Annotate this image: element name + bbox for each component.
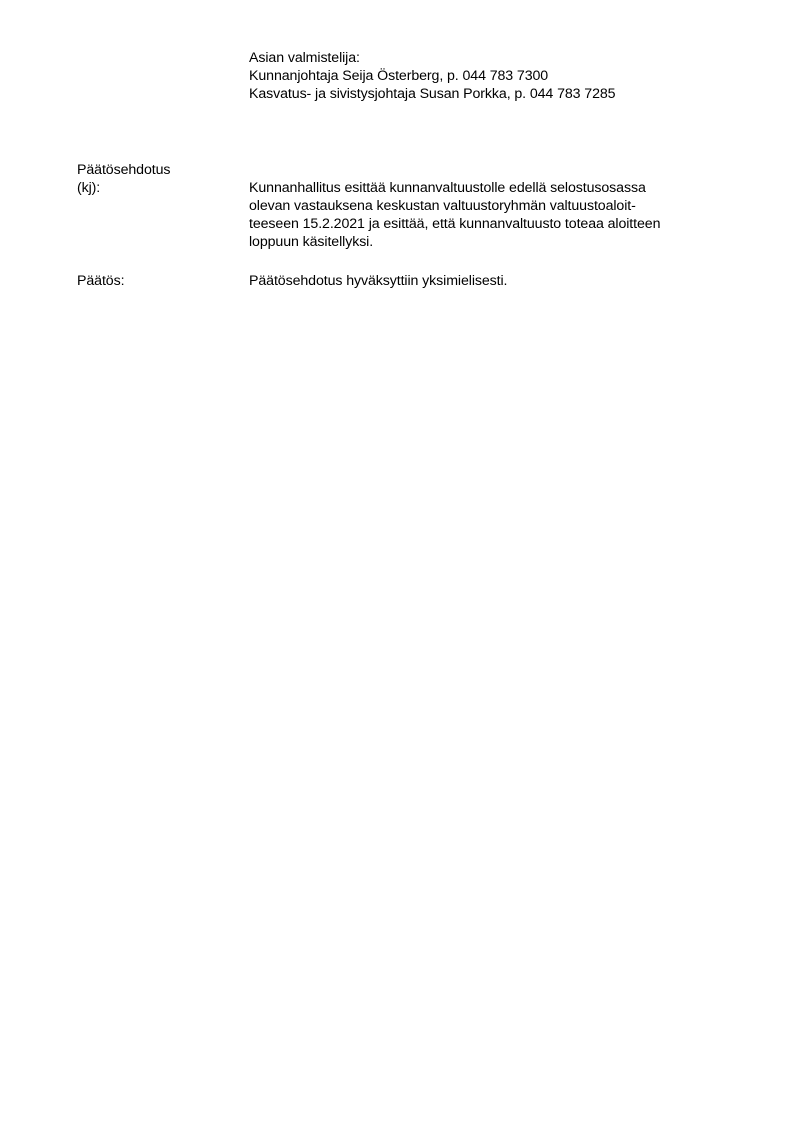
preparer-block: Asian valmistelija: Kunnanjohtaja Seija … — [249, 49, 615, 103]
decision-label: Päätös: — [77, 272, 124, 290]
proposal-label: Päätösehdotus (kj): — [77, 161, 170, 197]
proposal-text-line: loppuun käsitellyksi. — [249, 233, 660, 251]
proposal-text-line: teeseen 15.2.2021 ja esittää, että kunna… — [249, 215, 660, 233]
document-page: Asian valmistelija: Kunnanjohtaja Seija … — [0, 0, 794, 1122]
proposal-label-line: Päätösehdotus — [77, 161, 170, 179]
preparer-heading: Asian valmistelija: — [249, 49, 615, 67]
preparer-line: Kasvatus- ja sivistysjohtaja Susan Porkk… — [249, 85, 615, 103]
preparer-line: Kunnanjohtaja Seija Österberg, p. 044 78… — [249, 67, 615, 85]
proposal-text-line: Kunnanhallitus esittää kunnanvaltuustoll… — [249, 179, 660, 197]
proposal-text-line: olevan vastauksena keskustan valtuustory… — [249, 197, 660, 215]
decision-text: Päätösehdotus hyväksyttiin yksimielisest… — [249, 272, 507, 290]
proposal-label-line: (kj): — [77, 179, 170, 197]
proposal-text: Kunnanhallitus esittää kunnanvaltuustoll… — [249, 179, 660, 251]
